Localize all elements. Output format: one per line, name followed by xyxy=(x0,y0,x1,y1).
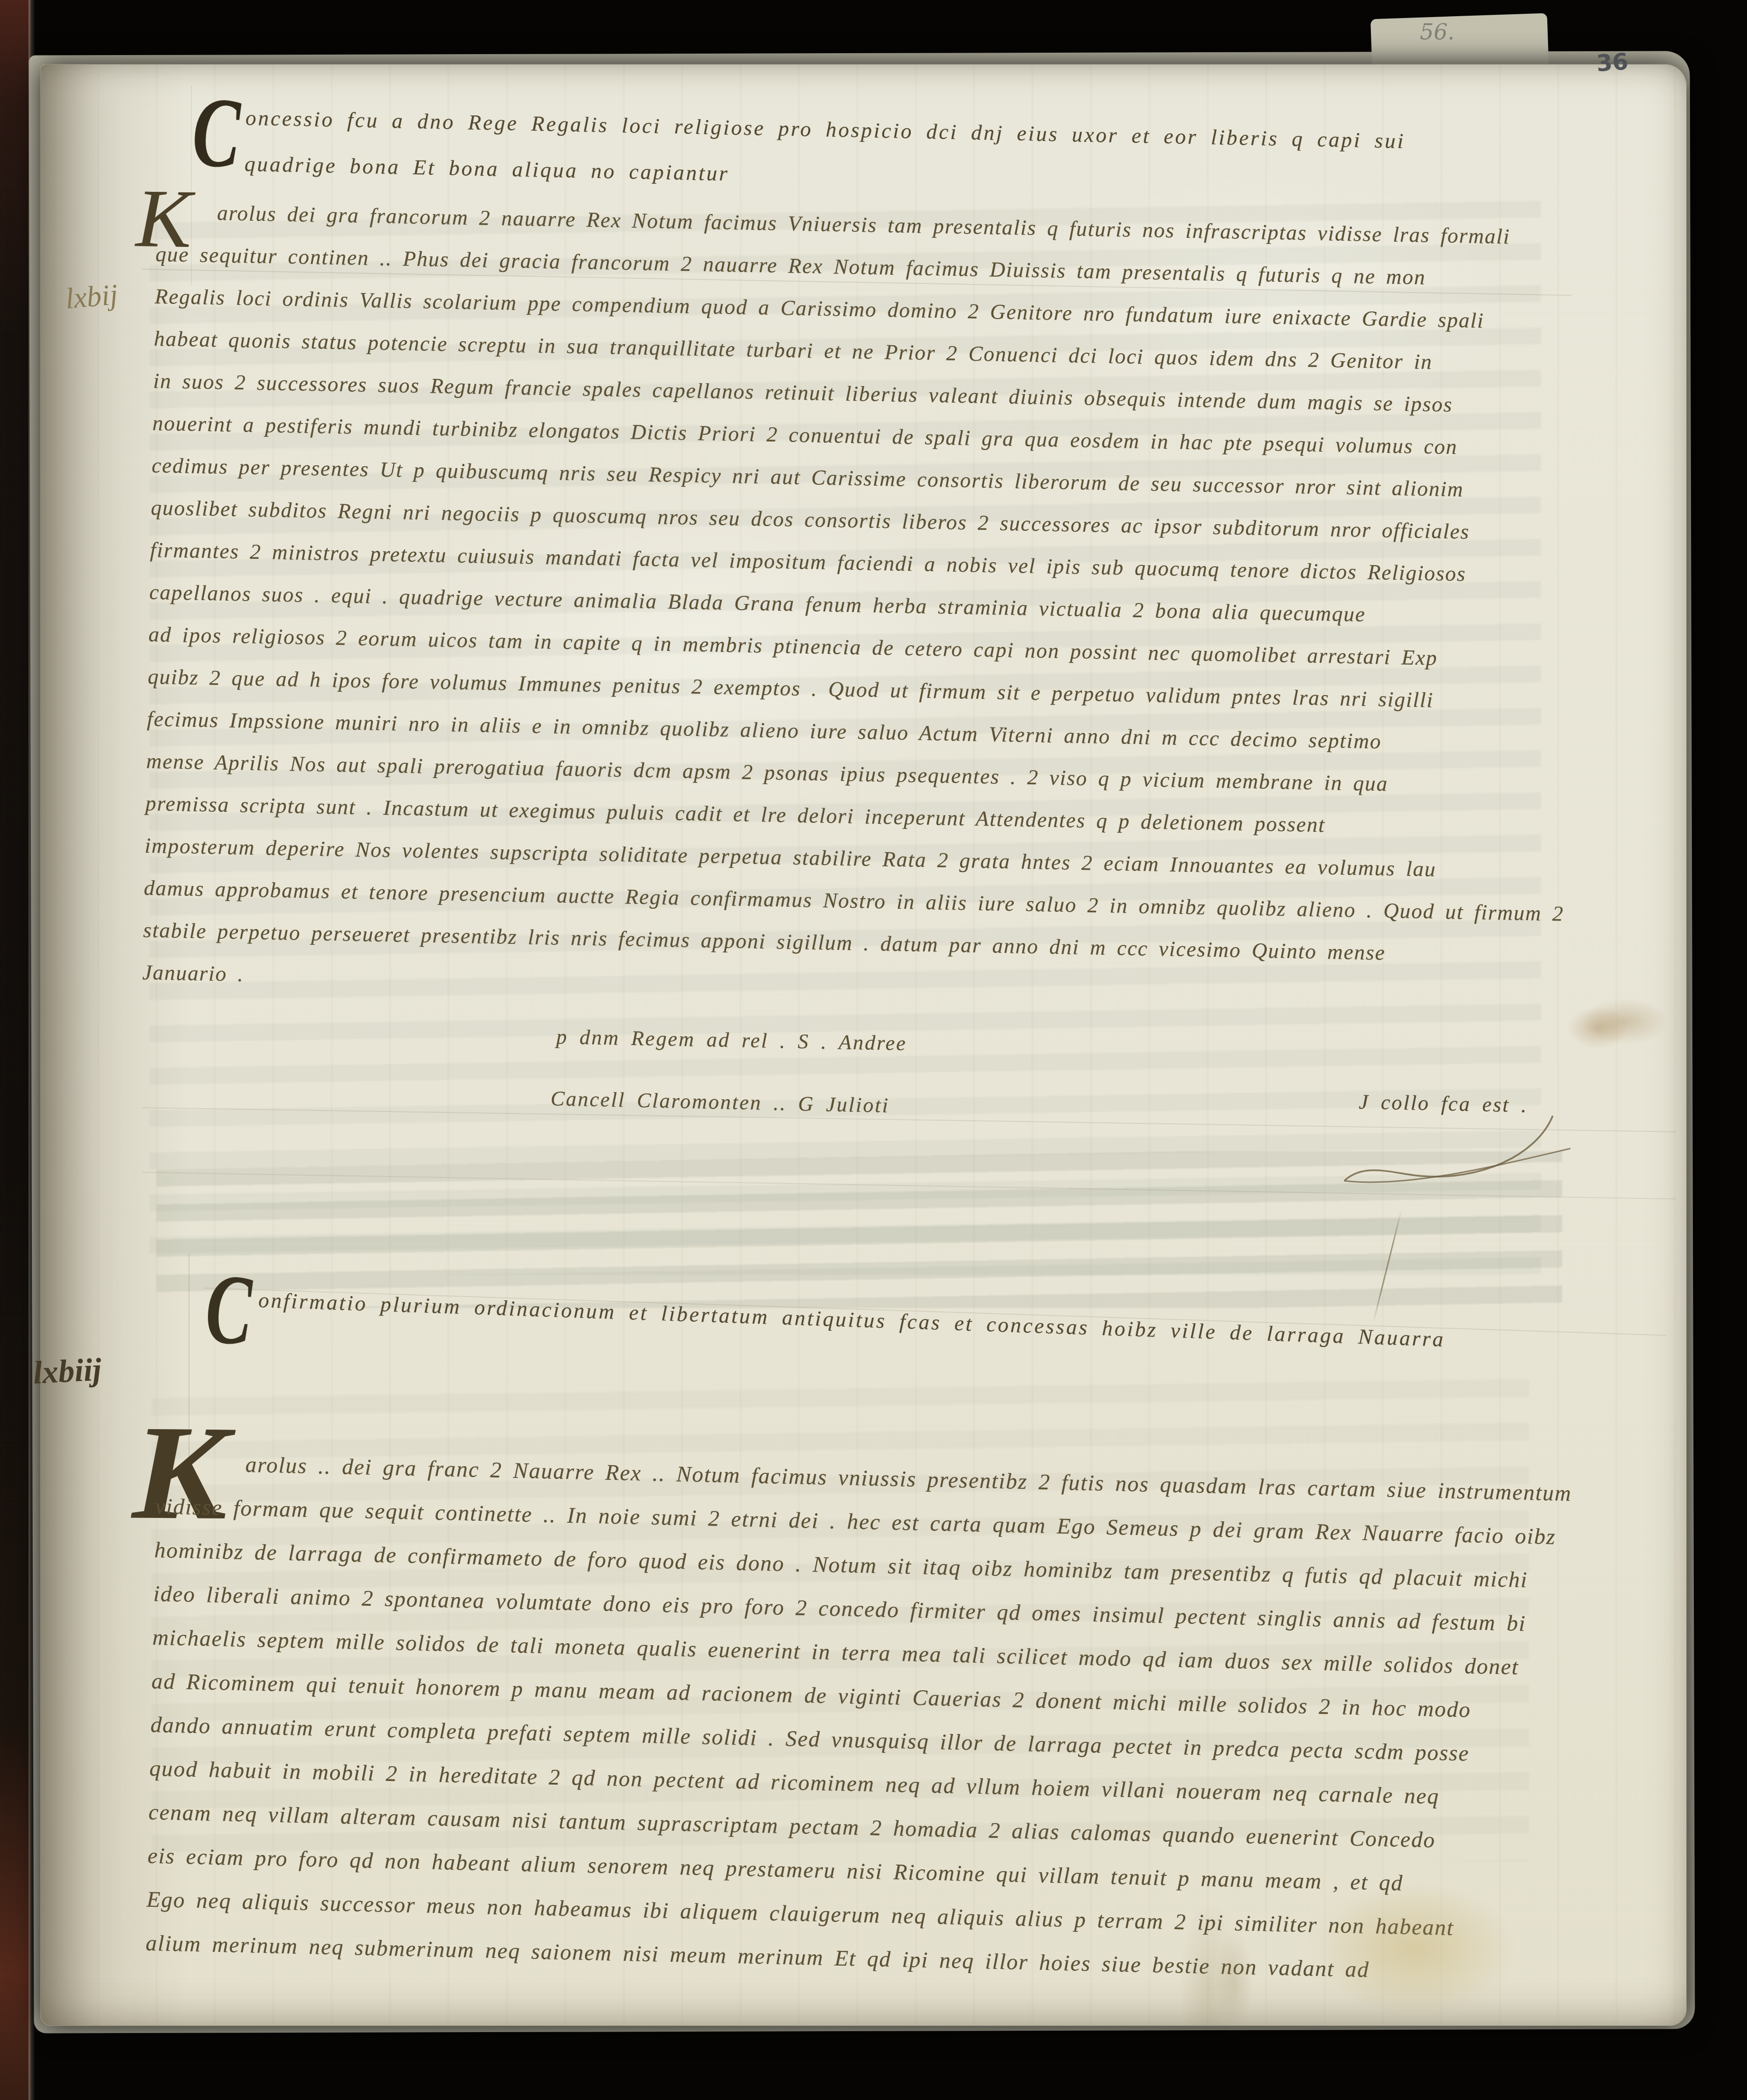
charter2-body: arolus .. dei gra franc 2 Nauarre Rex ..… xyxy=(145,1441,1571,1996)
ghost-folio-number: 56. xyxy=(1420,19,1454,45)
charter1-body: arolus dei gra francorum 2 nauarre Rex N… xyxy=(142,191,1571,1019)
charter2-heading-initial: C xyxy=(205,1259,253,1361)
collation-flourish xyxy=(1337,1104,1574,1194)
folio-number: 36 xyxy=(1596,48,1629,77)
book-spine-binding xyxy=(0,0,30,2100)
charter1-heading-initial: C xyxy=(191,82,241,184)
margin-note-lxbiij: lxbiij xyxy=(32,1350,103,1391)
margin-note-lxbij: lxbij xyxy=(64,278,119,316)
manuscript-photo: 56. 36 lxbij lxbiij C oncessio fcu a dno… xyxy=(0,0,1747,2100)
